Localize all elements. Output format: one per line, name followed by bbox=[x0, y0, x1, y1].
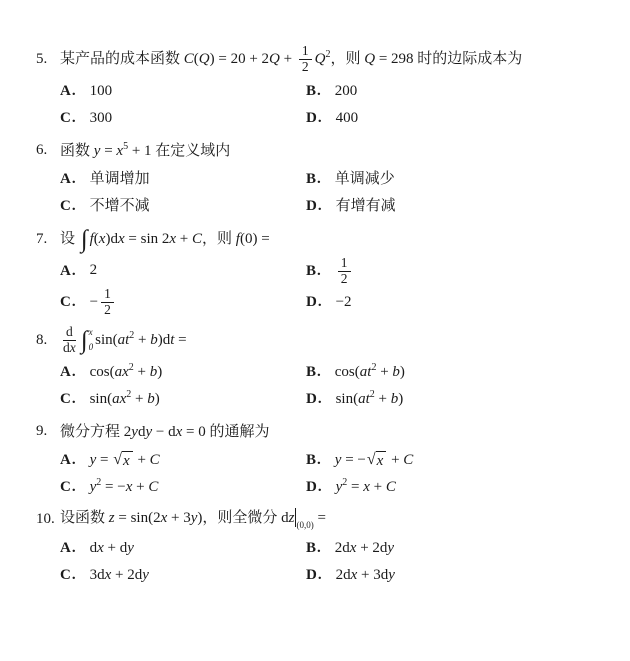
question-stem: ddx∫x0sin(at2 + b)dt = bbox=[60, 325, 614, 356]
evaluation-subscript: (0,0) bbox=[296, 520, 313, 530]
options-grid: A. y = √x + C B. y = −√x + C C. y2 = −x … bbox=[60, 448, 614, 501]
math-variable: x bbox=[97, 540, 104, 556]
option-label: C. bbox=[60, 391, 77, 408]
option: A. 单调增加 bbox=[60, 167, 306, 193]
text-run: ，则 bbox=[330, 51, 364, 67]
option-label: D. bbox=[306, 391, 323, 408]
text-run: sin( bbox=[90, 391, 113, 407]
text-run: 100 bbox=[90, 83, 113, 99]
question-number: 7. bbox=[36, 231, 60, 248]
option-label: B. bbox=[306, 83, 322, 100]
option: D. 有增有减 bbox=[306, 194, 614, 220]
text-run: = bbox=[100, 143, 116, 159]
integral-lower-limit: 0 bbox=[89, 343, 94, 352]
text-run: 不增不减 bbox=[90, 198, 150, 214]
text-run: cos( bbox=[90, 364, 115, 380]
option-formula: y2 = −x + C bbox=[90, 478, 159, 498]
option-label: D. bbox=[306, 198, 323, 215]
question-stem: 微分方程 2ydy − dx = 0 的通解为 bbox=[60, 422, 614, 442]
integral-sign: ∫ bbox=[81, 227, 88, 252]
text-run: = 0 的通解为 bbox=[182, 424, 269, 440]
text-run: ) bbox=[155, 391, 160, 407]
text-run: = sin 2 bbox=[125, 231, 170, 247]
option-formula: 单调增加 bbox=[90, 170, 150, 190]
math-variable: Q bbox=[364, 51, 375, 67]
text-run: )d bbox=[105, 231, 118, 247]
fraction-numerator: d bbox=[63, 325, 76, 341]
option-label: A. bbox=[60, 263, 77, 280]
text-run: 1 bbox=[302, 43, 309, 58]
fraction: 12 bbox=[299, 44, 312, 75]
math-variable: x bbox=[118, 231, 125, 247]
math-variable: a bbox=[358, 391, 366, 407]
math-variable: Q bbox=[199, 51, 210, 67]
question-stem-row: 7. 设 ∫f(x)dx = sin 2x + C，则 f(0) = bbox=[36, 227, 614, 252]
question: 7. 设 ∫f(x)dx = sin 2x + C，则 f(0) = A. 2 … bbox=[36, 227, 614, 318]
question: 5. 某产品的成本函数 C(Q) = 20 + 2Q + 12Q2，则 Q = … bbox=[36, 44, 614, 132]
text-run: ) bbox=[400, 364, 405, 380]
option-formula: cos(at2 + b) bbox=[335, 363, 405, 383]
integral-limits: x0 bbox=[89, 328, 94, 352]
text-run: (0) = bbox=[240, 231, 270, 247]
text-run: 2d bbox=[336, 567, 351, 583]
text-run: + 3d bbox=[357, 567, 388, 583]
math-variable: C bbox=[148, 479, 158, 495]
math-variable: y bbox=[131, 424, 138, 440]
math-variable: C bbox=[150, 452, 160, 468]
text-run: + 2d bbox=[356, 540, 387, 556]
text-run: )d bbox=[158, 332, 171, 348]
option-formula: y = −√x + C bbox=[335, 451, 414, 471]
integral-upper-limit: x bbox=[89, 328, 94, 337]
option-label: C. bbox=[60, 567, 77, 584]
option-formula: cos(ax2 + b) bbox=[90, 363, 163, 383]
option-formula: 400 bbox=[336, 109, 359, 129]
math-variable: y bbox=[387, 540, 394, 556]
option-label: A. bbox=[60, 364, 77, 381]
option: C. sin(ax2 + b) bbox=[60, 387, 306, 413]
option-label: D. bbox=[306, 479, 323, 496]
text-run: 微分方程 2 bbox=[60, 424, 131, 440]
fraction-numerator: 1 bbox=[338, 256, 351, 272]
integral: ∫x0 bbox=[81, 328, 93, 353]
fraction-denominator: 2 bbox=[302, 60, 309, 75]
math-variable: Q bbox=[315, 51, 326, 67]
option-label: A. bbox=[60, 452, 77, 469]
question-stem: 某产品的成本函数 C(Q) = 20 + 2Q + 12Q2，则 Q = 298… bbox=[60, 44, 614, 75]
option-label: D. bbox=[306, 567, 323, 584]
text-run: + 1 在定义域内 bbox=[128, 143, 230, 159]
option-formula: 100 bbox=[90, 82, 113, 102]
text-run: − bbox=[90, 294, 98, 310]
question-number: 5. bbox=[36, 51, 60, 68]
option: A. y = √x + C bbox=[60, 448, 306, 474]
option-formula: 不增不减 bbox=[90, 197, 150, 217]
text-run: 设函数 bbox=[60, 510, 109, 526]
fraction: 12 bbox=[101, 287, 114, 318]
question-stem: 函数 y = x5 + 1 在定义域内 bbox=[60, 141, 614, 161]
text-run: 1 bbox=[104, 286, 111, 301]
text-run: + bbox=[134, 452, 150, 468]
text-run: 单调减少 bbox=[335, 171, 395, 187]
option: D. 2dx + 3dy bbox=[306, 563, 614, 589]
option-formula: 2dx + 3dy bbox=[336, 566, 395, 586]
option-label: A. bbox=[60, 540, 77, 557]
math-variable: C bbox=[403, 452, 413, 468]
math-variable: b bbox=[150, 332, 158, 348]
option: D. 400 bbox=[306, 106, 614, 132]
text-run: + bbox=[280, 51, 296, 67]
text-run: sin( bbox=[336, 391, 359, 407]
math-variable: C bbox=[184, 51, 194, 67]
math-variable: y bbox=[127, 540, 134, 556]
option: D. −2 bbox=[306, 287, 614, 318]
option: C. y2 = −x + C bbox=[60, 475, 306, 501]
text-run: + bbox=[387, 452, 403, 468]
option-formula: 2dx + 2dy bbox=[335, 539, 394, 559]
text-run: 400 bbox=[336, 110, 359, 126]
question-number: 10. bbox=[36, 511, 60, 528]
option-label: C. bbox=[60, 198, 77, 215]
text-run: 2 bbox=[104, 302, 111, 317]
option-formula: sin(ax2 + b) bbox=[90, 390, 160, 410]
text-run: − d bbox=[152, 424, 175, 440]
math-variable: b bbox=[147, 391, 155, 407]
math-variable: a bbox=[118, 332, 126, 348]
math-variable: x bbox=[122, 364, 129, 380]
evaluation-at-point: (0,0) bbox=[294, 510, 313, 526]
math-variable: C bbox=[192, 231, 202, 247]
option-label: B. bbox=[306, 452, 322, 469]
radical-sign: √ bbox=[367, 451, 376, 469]
text-run: = bbox=[96, 452, 112, 468]
radicand: x bbox=[376, 451, 387, 470]
option-label: B. bbox=[306, 364, 322, 381]
option: A. 100 bbox=[60, 79, 306, 105]
text-run: d bbox=[90, 540, 98, 556]
text-run: −2 bbox=[336, 294, 352, 310]
option-label: A. bbox=[60, 83, 77, 100]
text-run: = 298 时的边际成本为 bbox=[375, 51, 522, 67]
option-formula: y2 = x + C bbox=[336, 478, 396, 498]
fraction-denominator: dx bbox=[63, 341, 76, 356]
option: A. dx + dy bbox=[60, 536, 306, 562]
question-stem-row: 6. 函数 y = x5 + 1 在定义域内 bbox=[36, 139, 614, 163]
text-run: 某产品的成本函数 bbox=[60, 51, 184, 67]
integral: ∫ bbox=[81, 227, 88, 252]
math-variable: a bbox=[112, 391, 120, 407]
exam-page: 5. 某产品的成本函数 C(Q) = 20 + 2Q + 12Q2，则 Q = … bbox=[0, 0, 630, 589]
option-formula: 3dx + 2dy bbox=[90, 566, 149, 586]
radicand: x bbox=[122, 451, 133, 470]
text-run: sin( bbox=[95, 332, 118, 348]
math-variable: Q bbox=[269, 51, 280, 67]
option-formula: 单调减少 bbox=[335, 170, 395, 190]
option-formula: 有增有减 bbox=[336, 197, 396, 217]
question: 9. 微分方程 2ydy − dx = 0 的通解为 A. y = √x + C… bbox=[36, 420, 614, 501]
option: C. 300 bbox=[60, 106, 306, 132]
option: B. cos(at2 + b) bbox=[306, 360, 614, 386]
option-label: B. bbox=[306, 540, 322, 557]
fraction-numerator: 1 bbox=[299, 44, 312, 60]
radical-sign: √ bbox=[113, 451, 122, 469]
option: C. 不增不减 bbox=[60, 194, 306, 220]
text-run: ) = 20 + 2 bbox=[210, 51, 269, 67]
option-formula: 200 bbox=[335, 82, 358, 102]
text-run: + d bbox=[104, 540, 127, 556]
options-grid: A. dx + dy B. 2dx + 2dy C. 3dx + 2dy D. … bbox=[60, 536, 614, 589]
question-stem-row: 9. 微分方程 2ydy − dx = 0 的通解为 bbox=[36, 420, 614, 444]
text-run: + bbox=[376, 364, 392, 380]
text-run: 2 bbox=[302, 59, 309, 74]
math-variable: y bbox=[142, 567, 149, 583]
option-formula: 2 bbox=[90, 261, 98, 281]
option: B. 2dx + 2dy bbox=[306, 536, 614, 562]
question-stem-row: 10. 设函数 z = sin(2x + 3y)，则全微分 dz(0,0) = bbox=[36, 508, 614, 532]
text-run: 设 bbox=[60, 231, 79, 247]
text-run: 单调增加 bbox=[90, 171, 150, 187]
text-run: + bbox=[131, 391, 147, 407]
text-run: d bbox=[66, 324, 73, 339]
option: D. sin(at2 + b) bbox=[306, 387, 614, 413]
option-label: B. bbox=[306, 263, 322, 280]
text-run: cos( bbox=[335, 364, 360, 380]
text-run: d bbox=[63, 340, 70, 355]
text-run: = − bbox=[341, 452, 365, 468]
text-run: ，则 bbox=[202, 231, 236, 247]
text-run: 函数 bbox=[60, 143, 94, 159]
math-variable: x bbox=[70, 340, 76, 355]
option-formula: −12 bbox=[90, 287, 117, 318]
text-run: = − bbox=[101, 479, 125, 495]
text-run: 300 bbox=[90, 110, 113, 126]
option: B. y = −√x + C bbox=[306, 448, 614, 474]
text-run: + bbox=[134, 332, 150, 348]
text-run: + bbox=[375, 391, 391, 407]
option-label: D. bbox=[306, 110, 323, 127]
options-grid: A. 100 B. 200 C. 300 D. 400 bbox=[60, 79, 614, 132]
text-run: = bbox=[314, 510, 326, 526]
option-formula: y = √x + C bbox=[90, 451, 160, 471]
question-stem: 设函数 z = sin(2x + 3y)，则全微分 dz(0,0) = bbox=[60, 508, 614, 531]
question-list: 5. 某产品的成本函数 C(Q) = 20 + 2Q + 12Q2，则 Q = … bbox=[36, 44, 614, 589]
option-label: C. bbox=[60, 294, 77, 311]
fraction-denominator: 2 bbox=[341, 272, 348, 287]
text-run: + 3 bbox=[167, 510, 190, 526]
math-variable: x bbox=[363, 479, 370, 495]
text-run: + bbox=[176, 231, 192, 247]
fraction-numerator: 1 bbox=[101, 287, 114, 303]
option: C. −12 bbox=[60, 287, 306, 318]
option: B. 单调减少 bbox=[306, 167, 614, 193]
option: C. 3dx + 2dy bbox=[60, 563, 306, 589]
text-run: + bbox=[134, 364, 150, 380]
text-run: 2 bbox=[90, 262, 98, 278]
question-stem-row: 8. ddx∫x0sin(at2 + b)dt = bbox=[36, 325, 614, 356]
text-run: ) bbox=[157, 364, 162, 380]
question: 8. ddx∫x0sin(at2 + b)dt = A. cos(ax2 + b… bbox=[36, 325, 614, 413]
text-run: 1 bbox=[341, 255, 348, 270]
math-variable: a bbox=[115, 364, 123, 380]
integral-sign: ∫ bbox=[81, 328, 88, 353]
question: 6. 函数 y = x5 + 1 在定义域内 A. 单调增加 B. 单调减少 C… bbox=[36, 139, 614, 220]
square-root: √x bbox=[367, 451, 386, 470]
text-run: = bbox=[174, 332, 186, 348]
option-label: A. bbox=[60, 171, 77, 188]
text-run: = sin(2 bbox=[115, 510, 161, 526]
question: 10. 设函数 z = sin(2x + 3y)，则全微分 dz(0,0) = … bbox=[36, 508, 614, 589]
options-grid: A. cos(ax2 + b) B. cos(at2 + b) C. sin(a… bbox=[60, 360, 614, 413]
text-run: )，则全微分 d bbox=[197, 510, 288, 526]
fraction: 12 bbox=[338, 256, 351, 287]
text-run: 有增有减 bbox=[336, 198, 396, 214]
option: A. 2 bbox=[60, 256, 306, 287]
question-stem: 设 ∫f(x)dx = sin 2x + C，则 f(0) = bbox=[60, 227, 614, 252]
option-label: B. bbox=[306, 171, 322, 188]
option: A. cos(ax2 + b) bbox=[60, 360, 306, 386]
text-run: 2 bbox=[341, 271, 348, 286]
options-grid: A. 2 B. 12 C. −12 D. −2 bbox=[60, 256, 614, 318]
text-run: 3d bbox=[90, 567, 105, 583]
text-run: + bbox=[370, 479, 386, 495]
question-number: 8. bbox=[36, 332, 60, 349]
fraction: ddx bbox=[63, 325, 76, 356]
question-number: 6. bbox=[36, 142, 60, 159]
text-run: = bbox=[347, 479, 363, 495]
math-variable: b bbox=[392, 364, 400, 380]
fraction-denominator: 2 bbox=[104, 303, 111, 318]
option-formula: sin(at2 + b) bbox=[336, 390, 404, 410]
square-root: √x bbox=[113, 451, 132, 470]
option: B. 12 bbox=[306, 256, 614, 287]
option-label: D. bbox=[306, 294, 323, 311]
text-run: 200 bbox=[335, 83, 358, 99]
option-label: C. bbox=[60, 110, 77, 127]
options-grid: A. 单调增加 B. 单调减少 C. 不增不减 D. 有增有减 bbox=[60, 167, 614, 220]
math-variable: y bbox=[388, 567, 395, 583]
option-formula: 12 bbox=[335, 256, 354, 287]
math-variable: C bbox=[386, 479, 396, 495]
text-run: ) bbox=[398, 391, 403, 407]
option-formula: dx + dy bbox=[90, 539, 134, 559]
option: B. 200 bbox=[306, 79, 614, 105]
question-number: 9. bbox=[36, 423, 60, 440]
question-stem-row: 5. 某产品的成本函数 C(Q) = 20 + 2Q + 12Q2，则 Q = … bbox=[36, 44, 614, 75]
option-label: C. bbox=[60, 479, 77, 496]
option-formula: −2 bbox=[336, 293, 352, 313]
text-run: + 2d bbox=[111, 567, 142, 583]
text-run: 2d bbox=[335, 540, 350, 556]
option: D. y2 = x + C bbox=[306, 475, 614, 501]
text-run: + bbox=[132, 479, 148, 495]
option-formula: 300 bbox=[90, 109, 113, 129]
